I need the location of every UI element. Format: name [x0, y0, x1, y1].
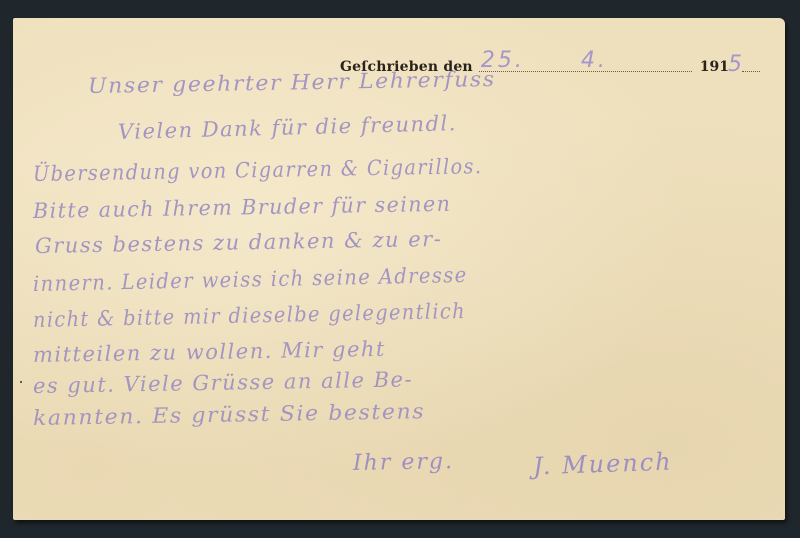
message-line: innern. Leider weiss ich seine Adresse — [33, 263, 468, 296]
message-line: kannten. Es grüsst Sie bestens — [33, 399, 426, 430]
paper-speck — [20, 381, 22, 383]
scan-background: Geſchrieben den 25. 4. 191 5 Unser geehr… — [0, 0, 800, 538]
closing-phrase: Ihr erg. — [353, 449, 454, 476]
message-line: Unser geehrter Herr Lehrerfuss — [88, 67, 496, 98]
postcard: Geſchrieben den 25. 4. 191 5 Unser geehr… — [13, 18, 785, 520]
message-line: Gruss bestens zu danken & zu er- — [35, 227, 443, 258]
message-line: es gut. Viele Grüsse an alle Be- — [33, 367, 413, 398]
message-line: Vielen Dank für die freundl. — [118, 111, 457, 144]
message-line: nicht & bitte mir dieselbe gelegentlich — [33, 299, 466, 332]
message-line: Bitte auch Ihrem Bruder für seinen — [33, 192, 452, 223]
message-line: Übersendung von Cigarren & Cigarillos. — [33, 154, 483, 186]
signature: J. Muench — [533, 448, 674, 481]
handwritten-message: Unser geehrter Herr Lehrerfuss Vielen Da… — [13, 18, 785, 520]
message-line: mitteilen zu wollen. Mir geht — [33, 337, 386, 367]
